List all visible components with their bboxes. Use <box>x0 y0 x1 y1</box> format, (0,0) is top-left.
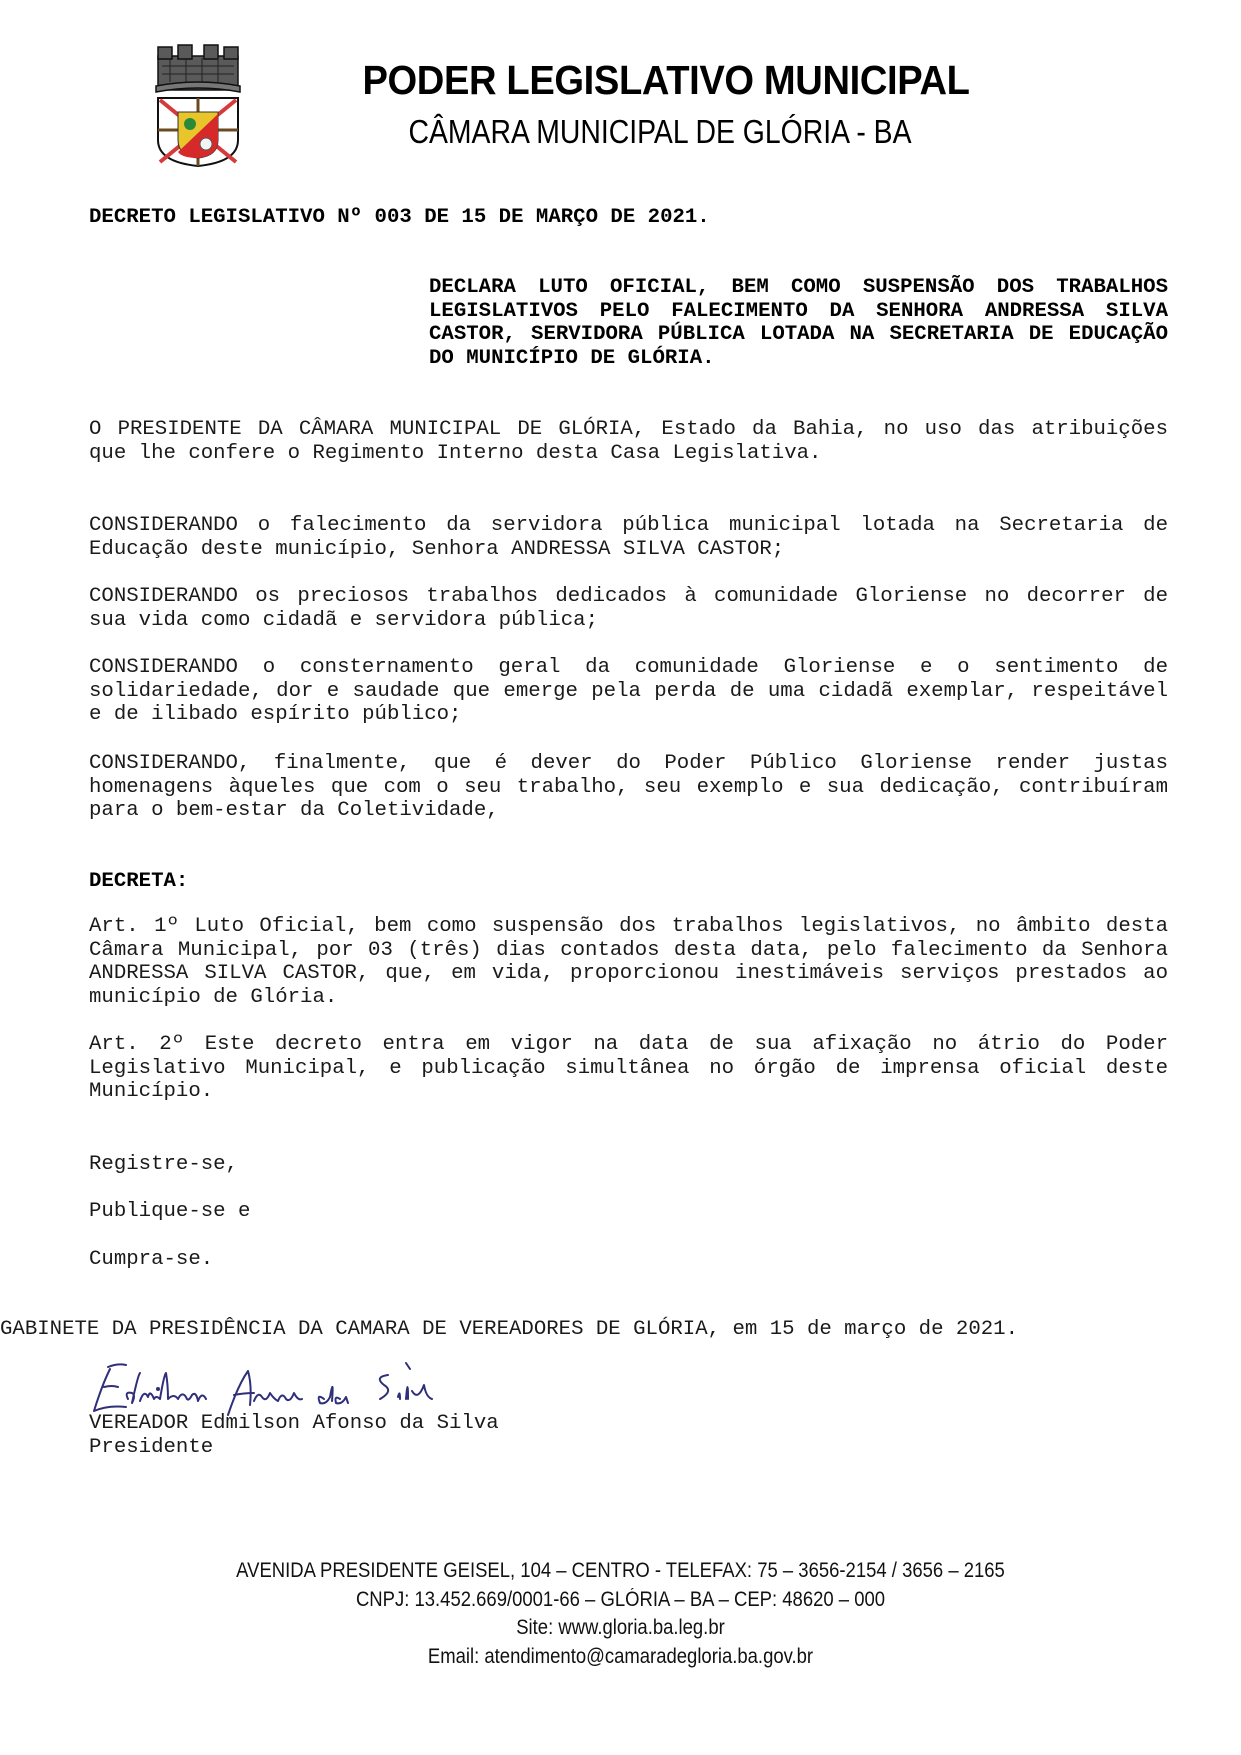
footer: AVENIDA PRESIDENTE GEISEL, 104 – CENTRO … <box>0 1557 1241 1671</box>
considerando-4: CONSIDERANDO, finalmente, que é dever do… <box>89 752 1168 823</box>
preamble: O PRESIDENTE DA CÂMARA MUNICIPAL DE GLÓR… <box>89 418 1168 465</box>
article-1: Art. 1º Luto Oficial, bem como suspensão… <box>89 915 1168 1010</box>
footer-site: Site: www.gloria.ba.leg.br <box>74 1614 1166 1643</box>
closing-cumpra: Cumpra-se. <box>89 1248 1168 1272</box>
considerando-2: CONSIDERANDO os preciosos trabalhos dedi… <box>89 585 1168 632</box>
decreta-label: DECRETA: <box>89 870 1168 894</box>
header-subtitle: CÂMARA MUNICIPAL DE GLÓRIA - BA <box>350 112 969 152</box>
footer-cnpj: CNPJ: 13.452.669/0001-66 – GLÓRIA – BA –… <box>74 1586 1166 1615</box>
footer-address: AVENIDA PRESIDENTE GEISEL, 104 – CENTRO … <box>74 1557 1166 1586</box>
closing-registre: Registre-se, <box>89 1153 1168 1177</box>
signer-name: VEREADOR Edmilson Afonso da Silva <box>89 1412 499 1436</box>
signer-role: Presidente <box>89 1436 213 1460</box>
considerando-3: CONSIDERANDO o consternamento geral da c… <box>89 656 1168 727</box>
considerando-1: CONSIDERANDO o falecimento da servidora … <box>89 514 1168 561</box>
footer-email: Email: atendimento@camaradegloria.ba.gov… <box>74 1643 1166 1672</box>
article-2: Art. 2º Este decreto entra em vigor na d… <box>89 1033 1168 1104</box>
castle-crown-icon <box>156 45 240 92</box>
decree-title: DECRETO LEGISLATIVO Nº 003 DE 15 DE MARÇ… <box>89 206 710 230</box>
closing-publique: Publique-se e <box>89 1200 1168 1224</box>
place-date: GABINETE DA PRESIDÊNCIA DA CAMARA DE VER… <box>0 1318 1018 1342</box>
coat-of-arms-icon <box>152 44 244 168</box>
handwritten-signature <box>88 1355 478 1417</box>
header-title: PODER LEGISLATIVO MUNICIPAL <box>326 58 1007 102</box>
shield-icon <box>158 98 238 166</box>
ementa: DECLARA LUTO OFICIAL, BEM COMO SUSPENSÃO… <box>429 276 1168 371</box>
